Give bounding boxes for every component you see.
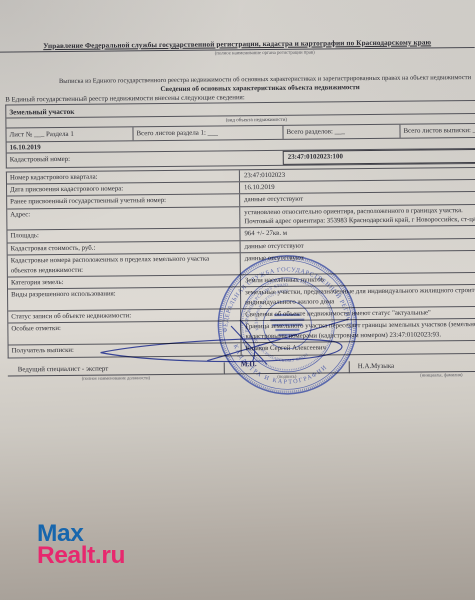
cadastral-number-value: 23:47:0102023:100 bbox=[283, 149, 475, 165]
maxrealt-watermark: Max Realt.ru bbox=[37, 523, 125, 566]
row-label: Площадь: bbox=[7, 229, 239, 243]
total-section-sheets-cell: Всего листов раздела 1: ___ bbox=[133, 126, 283, 140]
watermark-line-realt: Realt.ru bbox=[37, 545, 125, 567]
handwritten-signature-icon bbox=[90, 305, 361, 380]
sheet-number-cell: Лист № ___ Раздела 1 bbox=[6, 127, 133, 141]
row-value: 16.10.2019 bbox=[239, 179, 475, 193]
document-photo: Управление Федеральной службы государств… bbox=[0, 0, 475, 600]
object-header-table: Земельный участок (вид объекта недвижимо… bbox=[5, 99, 475, 168]
row-label: Кадастровые номера расположенных в преде… bbox=[8, 253, 240, 276]
row-label: Номер кадастрового квартала: bbox=[7, 170, 239, 184]
row-label: Адрес: bbox=[7, 207, 239, 230]
registration-authority-name: Управление Федеральной службы государств… bbox=[0, 38, 475, 51]
row-label: Ранее присвоенный государственный учетны… bbox=[7, 195, 239, 209]
row-value: 964 +/- 27кв. м bbox=[239, 226, 475, 240]
row-label: Дата присвоения кадастрового номера: bbox=[7, 182, 239, 196]
cadastral-number-label: Кадастровый номер: bbox=[7, 151, 283, 168]
row-value: 23:47:0102023 bbox=[239, 167, 475, 181]
total-extract-sheets-cell: Всего листов выписки: ___ bbox=[400, 123, 475, 137]
row-value: данные отсутствуют bbox=[239, 192, 475, 206]
name-caption: (инициалы, фамилия) bbox=[350, 371, 475, 378]
specialist-name: Н.А.Музыка bbox=[350, 359, 475, 373]
egrn-extract-paper: Управление Федеральной службы государств… bbox=[0, 0, 475, 382]
row-label: Кадастровая стоимость, руб.: bbox=[8, 241, 240, 255]
row-value: установлено относительно ориентира, расп… bbox=[239, 204, 475, 228]
row-label: Категория земель: bbox=[8, 275, 240, 289]
total-sections-cell: Всего разделов: ___ bbox=[283, 125, 400, 139]
